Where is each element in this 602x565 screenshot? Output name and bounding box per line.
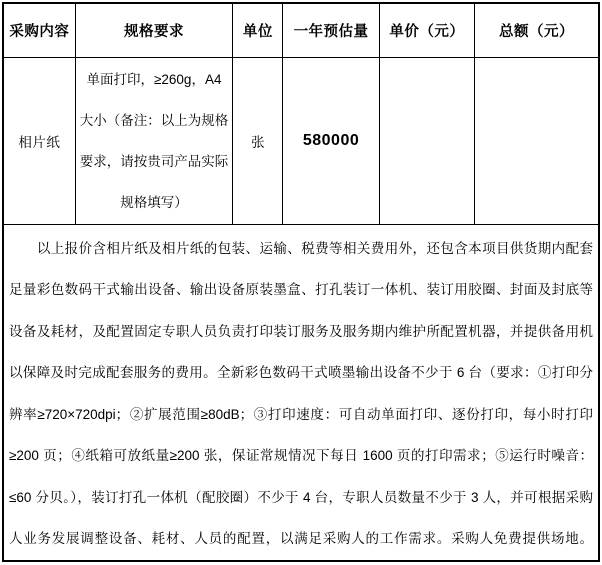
note-line: 以上报价含相片纸及相片纸的包装、运输、税费等相关费用外，还包含本项目供货期内配套 bbox=[9, 228, 593, 270]
spec-line: 规格填写） bbox=[79, 182, 230, 223]
spec-line: 大小（备注：以上为规格 bbox=[79, 100, 230, 141]
spec-line: 要求，请按贵司产品实际 bbox=[79, 141, 230, 182]
column-header-annual-estimate: 一年预估量 bbox=[283, 3, 379, 57]
cell-annual-estimate: 580000 bbox=[283, 57, 379, 224]
cell-total bbox=[475, 57, 599, 224]
cell-note: 以上报价含相片纸及相片纸的包装、运输、税费等相关费用外，还包含本项目供货期内配套… bbox=[3, 224, 599, 561]
spec-line: 单面打印，≥260g，A4 bbox=[79, 59, 230, 100]
table-note-row: 以上报价含相片纸及相片纸的包装、运输、税费等相关费用外，还包含本项目供货期内配套… bbox=[3, 224, 599, 561]
column-header-spec: 规格要求 bbox=[75, 3, 233, 57]
column-header-unit-price: 单价（元） bbox=[379, 3, 474, 57]
note-line: 设备及耗材，及配置固定专职人员负责打印装订服务及服务期内维护所配置机器，并提供备… bbox=[9, 311, 593, 353]
note-line: 足量彩色数码干式输出设备、输出设备原装墨盒、打孔装订一体机、装订用胶圈、封面及封… bbox=[9, 269, 593, 311]
column-header-item: 采购内容 bbox=[3, 3, 75, 57]
note-line: 人业务发展调整设备、耗材、人员的配置，以满足采购人的工作需求。采购人免费提供场地… bbox=[9, 518, 593, 560]
procurement-table: 采购内容 规格要求 单位 一年预估量 单价（元） 总额（元） 相片纸 单面打印，… bbox=[2, 2, 600, 562]
document-page: 采购内容 规格要求 单位 一年预估量 单价（元） 总额（元） 相片纸 单面打印，… bbox=[0, 0, 602, 565]
cell-unit-price bbox=[379, 57, 474, 224]
cell-unit: 张 bbox=[233, 57, 283, 224]
table-header-row: 采购内容 规格要求 单位 一年预估量 单价（元） 总额（元） bbox=[3, 3, 599, 57]
cell-item: 相片纸 bbox=[3, 57, 75, 224]
column-header-unit: 单位 bbox=[233, 3, 283, 57]
note-line: 以保障及时完成配套服务的费用。全新彩色数码干式喷墨输出设备不少于 6 台（要求：… bbox=[9, 352, 593, 394]
table-data-row: 相片纸 单面打印，≥260g，A4 大小（备注：以上为规格 要求，请按贵司产品实… bbox=[3, 57, 599, 224]
note-line: ≥200 页；④纸箱可放纸量≥200 张，保证常规情况下每日 1600 页的打印… bbox=[9, 435, 593, 477]
note-line: ≤60 分贝。），装订打孔一体机（配胶圈）不少于 4 台，专职人员数量不少于 3… bbox=[9, 477, 593, 519]
cell-spec: 单面打印，≥260g，A4 大小（备注：以上为规格 要求，请按贵司产品实际 规格… bbox=[75, 57, 233, 224]
note-line: 辨率≥720×720dpi；②扩展范围≥80dB；③打印速度：可自动单面打印、逐… bbox=[9, 394, 593, 436]
column-header-total: 总额（元） bbox=[475, 3, 599, 57]
